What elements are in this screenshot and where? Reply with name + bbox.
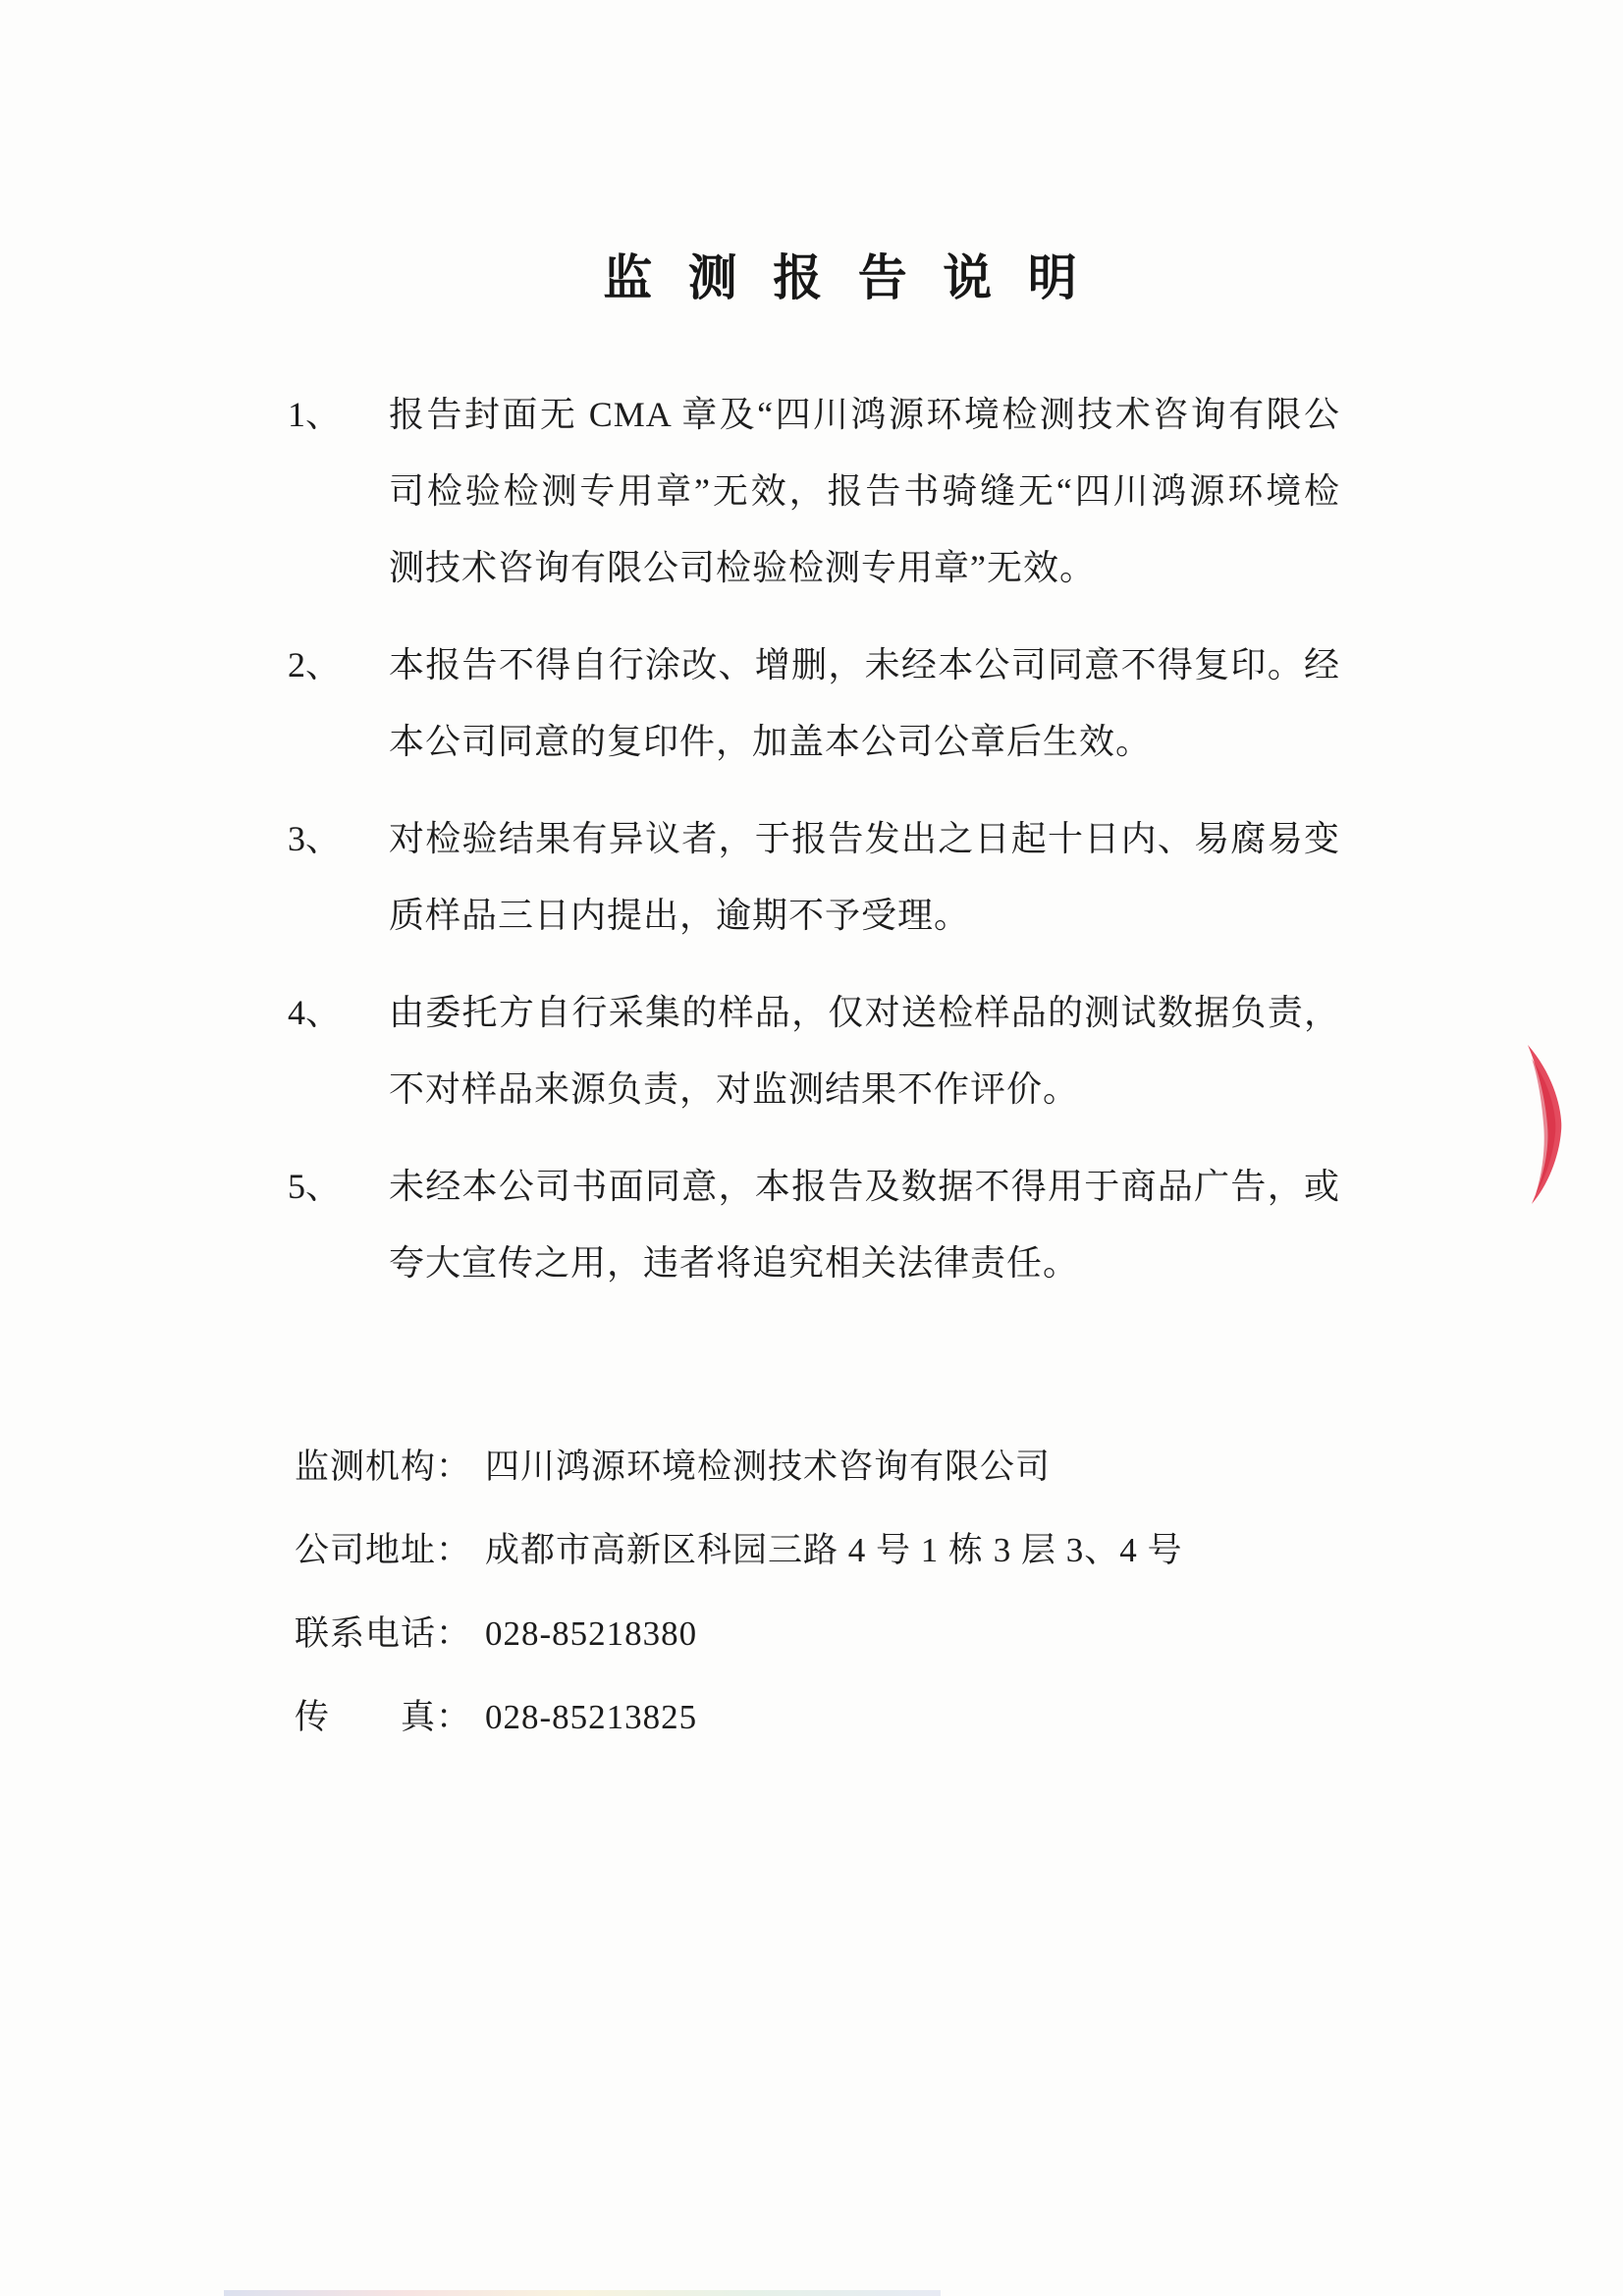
scan-edge-artifact [224,2290,941,2296]
note-text: 本报告不得自行涂改、增删，未经本公司同意不得复印。经 本公司同意的复印件，加盖本… [389,627,1340,780]
note-item-2: 2、 本报告不得自行涂改、增删，未经本公司同意不得复印。经 本公司同意的复印件，… [288,627,1340,780]
note-number: 4、 [288,974,389,1051]
info-value: 成都市高新区科园三路 4 号 1 栋 3 层 3、4 号 [485,1529,1183,1572]
info-label: 公司地址： [295,1529,471,1572]
note-line: 本报告不得自行涂改、增删，未经本公司同意不得复印。经 [389,627,1340,703]
note-item-1: 1、 报告封面无 CMA 章及“四川鸿源环境检测技术咨询有限公 司检验检测专用章… [288,376,1340,606]
note-item-3: 3、 对检验结果有异议者，于报告发出之日起十日内、易腐易变 质样品三日内提出，逾… [288,800,1340,954]
notes-list: 1、 报告封面无 CMA 章及“四川鸿源环境检测技术咨询有限公 司检验检测专用章… [288,376,1340,1322]
note-line: 报告封面无 CMA 章及“四川鸿源环境检测技术咨询有限公 [389,376,1340,453]
info-value: 028-85218380 [485,1613,697,1656]
info-value: 四川鸿源环境检测技术咨询有限公司 [485,1446,1051,1489]
note-number: 2、 [288,627,389,703]
info-row-phone: 联系电话： 028-85218380 [295,1613,1375,1656]
note-line: 对检验结果有异议者，于报告发出之日起十日内、易腐易变 [389,800,1340,877]
note-line: 未经本公司书面同意，本报告及数据不得用于商品广告，或 [389,1148,1340,1225]
info-row-agency: 监测机构： 四川鸿源环境检测技术咨询有限公司 [295,1446,1375,1489]
info-label: 监测机构： [295,1446,471,1489]
agency-info-block: 监测机构： 四川鸿源环境检测技术咨询有限公司 公司地址： 成都市高新区科园三路 … [295,1446,1375,1779]
info-label: 联系电话： [295,1613,471,1656]
note-line: 不对样品来源负责，对监测结果不作评价。 [389,1051,1340,1127]
info-row-fax: 传 真： 028-85213825 [295,1696,1375,1739]
note-line: 司检验检测专用章”无效，报告书骑缝无“四川鸿源环境检 [389,453,1340,529]
note-number: 5、 [288,1148,389,1225]
info-label: 传 真： [295,1696,471,1739]
note-line: 由委托方自行采集的样品，仅对送检样品的测试数据负责， [389,974,1340,1051]
note-line: 夸大宣传之用，违者将追究相关法律责任。 [389,1225,1340,1301]
note-text: 未经本公司书面同意，本报告及数据不得用于商品广告，或 夸大宣传之用，违者将追究相… [389,1148,1340,1301]
report-disclaimer-page: 监 测 报 告 说 明 1、 报告封面无 CMA 章及“四川鸿源环境检测技术咨询… [0,0,1623,2296]
note-number: 1、 [288,376,389,453]
note-item-4: 4、 由委托方自行采集的样品，仅对送检样品的测试数据负责， 不对样品来源负责，对… [288,974,1340,1127]
info-value: 028-85213825 [485,1696,697,1739]
page-title: 监 测 报 告 说 明 [0,239,1623,309]
note-text: 对检验结果有异议者，于报告发出之日起十日内、易腐易变 质样品三日内提出，逾期不予… [389,800,1340,954]
note-text: 报告封面无 CMA 章及“四川鸿源环境检测技术咨询有限公 司检验检测专用章”无效… [389,376,1340,606]
note-text: 由委托方自行采集的样品，仅对送检样品的测试数据负责， 不对样品来源负责，对监测结… [389,974,1340,1127]
note-line: 本公司同意的复印件，加盖本公司公章后生效。 [389,703,1340,780]
note-number: 3、 [288,800,389,877]
note-line: 测技术咨询有限公司检验检测专用章”无效。 [389,529,1340,606]
note-line: 质样品三日内提出，逾期不予受理。 [389,877,1340,954]
red-seal-edge-icon [1518,1039,1579,1208]
note-item-5: 5、 未经本公司书面同意，本报告及数据不得用于商品广告，或 夸大宣传之用，违者将… [288,1148,1340,1301]
info-row-address: 公司地址： 成都市高新区科园三路 4 号 1 栋 3 层 3、4 号 [295,1529,1375,1572]
